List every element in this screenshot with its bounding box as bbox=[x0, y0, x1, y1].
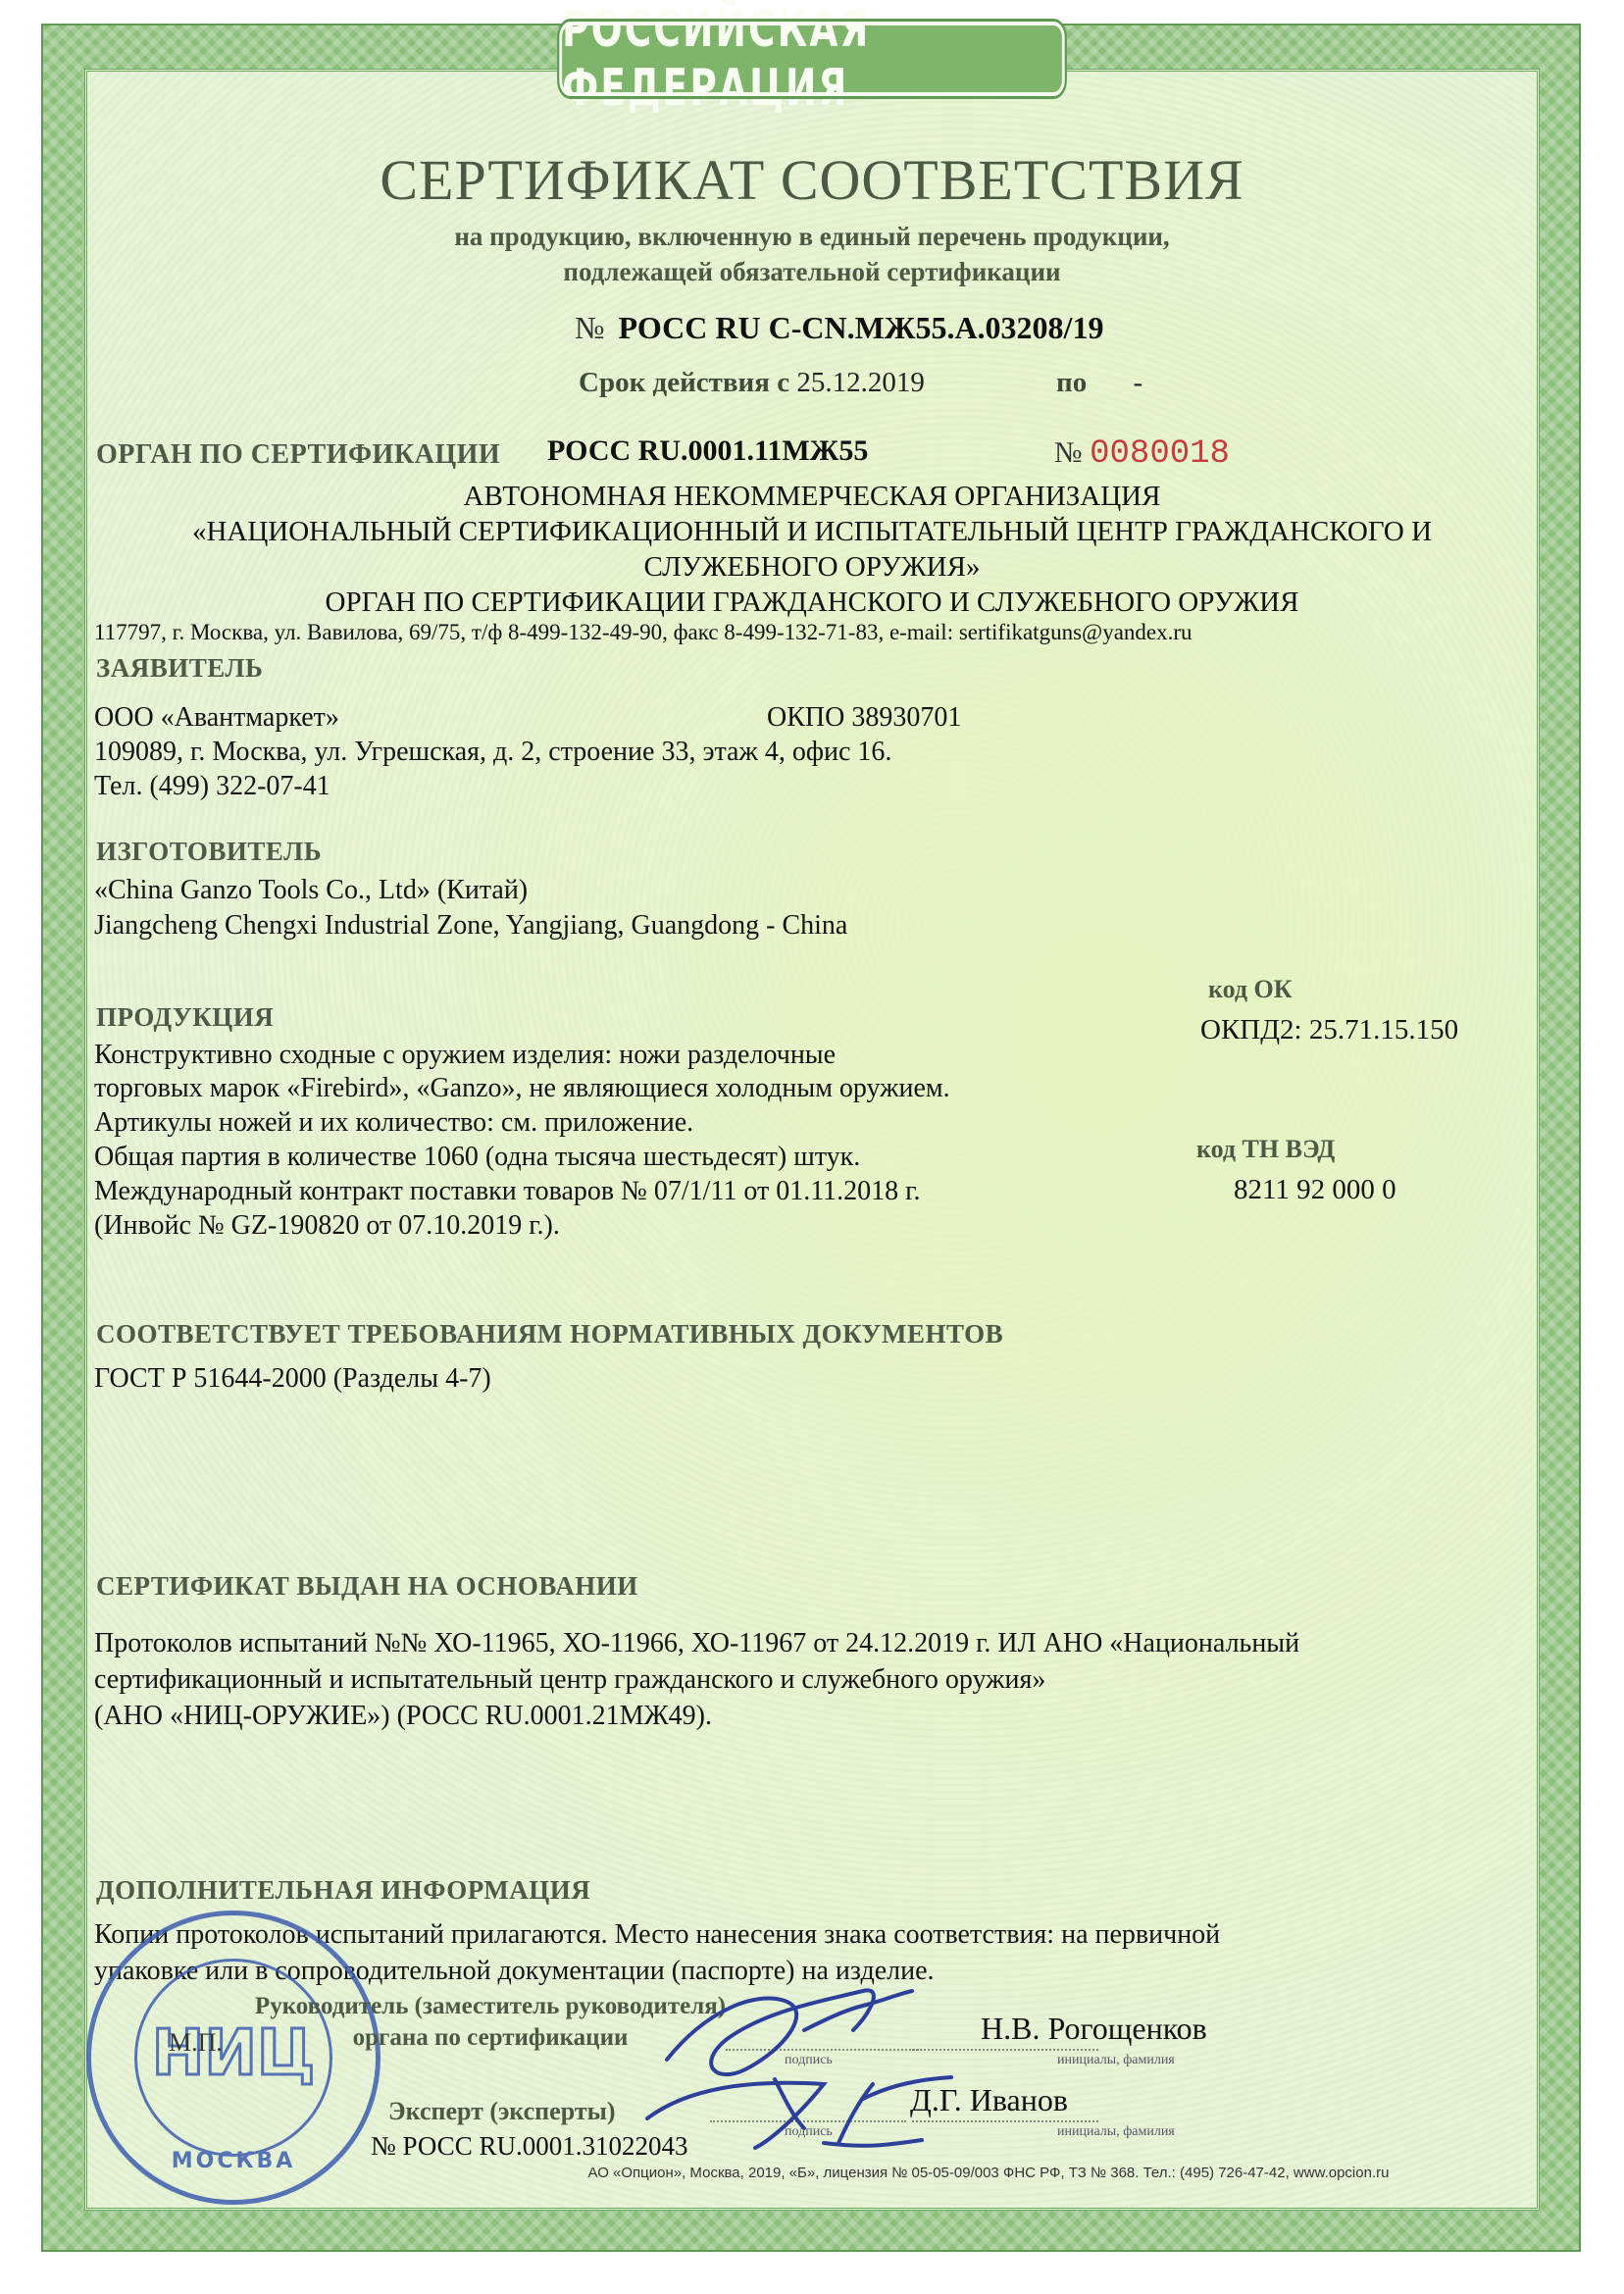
organization-seal-stamp: НИЦ МОСКВА bbox=[86, 1911, 381, 2205]
applicant-address: 109089, г. Москва, ул. Угрешская, д. 2, … bbox=[94, 737, 891, 768]
product-line-3: Артикулы ножей и их количество: см. прил… bbox=[94, 1107, 693, 1139]
document-title: СЕРТИФИКАТ СООТВЕТСТВИЯ bbox=[0, 147, 1624, 213]
valid-to-value: - bbox=[1133, 367, 1142, 398]
manufacturer-name: «China Ganzo Tools Co., Ltd» (Китай) bbox=[94, 875, 528, 906]
blank-serial-number: 0080018 bbox=[1090, 435, 1230, 473]
cert-body-label: ОРГАН ПО СЕРТИФИКАЦИИ bbox=[96, 439, 500, 471]
compliance-standard: ГОСТ Р 51644-2000 (Разделы 4-7) bbox=[94, 1363, 491, 1395]
manufacturer-address: Jiangcheng Chengxi Industrial Zone, Yang… bbox=[94, 910, 847, 942]
cert-body-code: РОСС RU.0001.11МЖ55 bbox=[547, 434, 868, 468]
applicant-name: ООО «Авантмаркет» bbox=[94, 702, 339, 734]
subtitle-line-2: подлежащей обязательной сертификации bbox=[0, 257, 1624, 287]
product-line-2: торговых марок «Firebird», «Ganzo», не я… bbox=[94, 1073, 950, 1104]
certificate-number-value: РОСС RU C-CN.МЖ55.А.03208/19 bbox=[619, 310, 1104, 345]
expert-label: Эксперт (эксперты) bbox=[388, 2097, 616, 2126]
valid-from-value: 25.12.2019 bbox=[796, 367, 925, 398]
seal-placeholder-label: М.П. bbox=[169, 2028, 223, 2058]
compliance-heading: СООТВЕТСТВУЕТ ТРЕБОВАНИЯМ НОРМАТИВНЫХ ДО… bbox=[96, 1319, 1003, 1350]
number-symbol: № bbox=[575, 310, 605, 345]
product-line-6: (Инвойс № GZ-190820 от 07.10.2019 г.). bbox=[94, 1210, 560, 1242]
tnved-label: код ТН ВЭД bbox=[1196, 1135, 1335, 1164]
banner-russian-federation: РОССИЙСКАЯ ФЕДЕРАЦИЯ bbox=[559, 22, 1065, 96]
product-line-4: Общая партия в количестве 1060 (одна тыс… bbox=[94, 1142, 860, 1173]
subtitle-line-1: на продукцию, включенную в единый перече… bbox=[0, 222, 1624, 252]
org-line-4: ОРГАН ПО СЕРТИФИКАЦИИ ГРАЖДАНСКОГО И СЛУ… bbox=[0, 586, 1624, 619]
validity-from: Срок действия с 25.12.2019 bbox=[579, 367, 925, 399]
head-signature-icon bbox=[667, 1990, 912, 2074]
handwritten-signatures bbox=[628, 1971, 1040, 2167]
basis-heading: СЕРТИФИКАТ ВЫДАН НА ОСНОВАНИИ bbox=[96, 1571, 638, 1602]
org-line-1: АВТОНОМНАЯ НЕКОММЕРЧЕСКАЯ ОРГАНИЗАЦИЯ bbox=[0, 481, 1624, 513]
blank-number: № 0080018 bbox=[1054, 435, 1230, 473]
expert-name-caption: инициалы, фамилия bbox=[1057, 2124, 1175, 2140]
additional-heading: ДОПОЛНИТЕЛЬНАЯ ИНФОРМАЦИЯ bbox=[96, 1875, 590, 1906]
basis-line-2: сертификационный и испытательный центр г… bbox=[94, 1664, 1045, 1696]
applicant-heading: ЗАЯВИТЕЛЬ bbox=[96, 653, 263, 684]
certificate-number: №РОСС RU C-CN.МЖ55.А.03208/19 bbox=[575, 310, 1103, 346]
cert-body-contacts: 117797, г. Москва, ул. Вавилова, 69/75, … bbox=[94, 620, 1193, 645]
product-line-1: Конструктивно сходные с оружием изделия:… bbox=[94, 1040, 836, 1071]
tnved-value: 8211 92 000 0 bbox=[1234, 1174, 1396, 1206]
org-line-3: СЛУЖЕБНОГО ОРУЖИЯ» bbox=[0, 551, 1624, 584]
basis-line-1: Протоколов испытаний №№ ХО-11965, ХО-119… bbox=[94, 1628, 1299, 1659]
product-heading: ПРОДУКЦИЯ bbox=[96, 1002, 274, 1033]
blank-number-symbol: № bbox=[1054, 436, 1083, 469]
basis-line-3: (АНО «НИЦ-ОРУЖИЕ») (РОСС RU.0001.21МЖ49)… bbox=[94, 1701, 712, 1732]
valid-to-label: по bbox=[1056, 367, 1087, 398]
product-line-5: Международный контракт поставки товаров … bbox=[94, 1176, 921, 1207]
validity-to: по - bbox=[1056, 367, 1142, 399]
ok-code-label: код ОК bbox=[1208, 975, 1293, 1004]
printer-footer: АО «Опцион», Москва, 2019, «Б», лицензия… bbox=[0, 2165, 1624, 2181]
ok-code-value: ОКПД2: 25.71.15.150 bbox=[1200, 1014, 1458, 1046]
validity-label: Срок действия с bbox=[579, 367, 789, 398]
expert-signature-icon bbox=[647, 2077, 951, 2148]
applicant-okpo: ОКПО 38930701 bbox=[767, 702, 961, 734]
applicant-phone: Тел. (499) 322-07-41 bbox=[94, 771, 330, 802]
head-name-caption: инициалы, фамилия bbox=[1057, 2053, 1175, 2068]
org-line-2: «НАЦИОНАЛЬНЫЙ СЕРТИФИКАЦИОННЫЙ И ИСПЫТАТ… bbox=[0, 516, 1624, 548]
manufacturer-heading: ИЗГОТОВИТЕЛЬ bbox=[96, 837, 322, 867]
